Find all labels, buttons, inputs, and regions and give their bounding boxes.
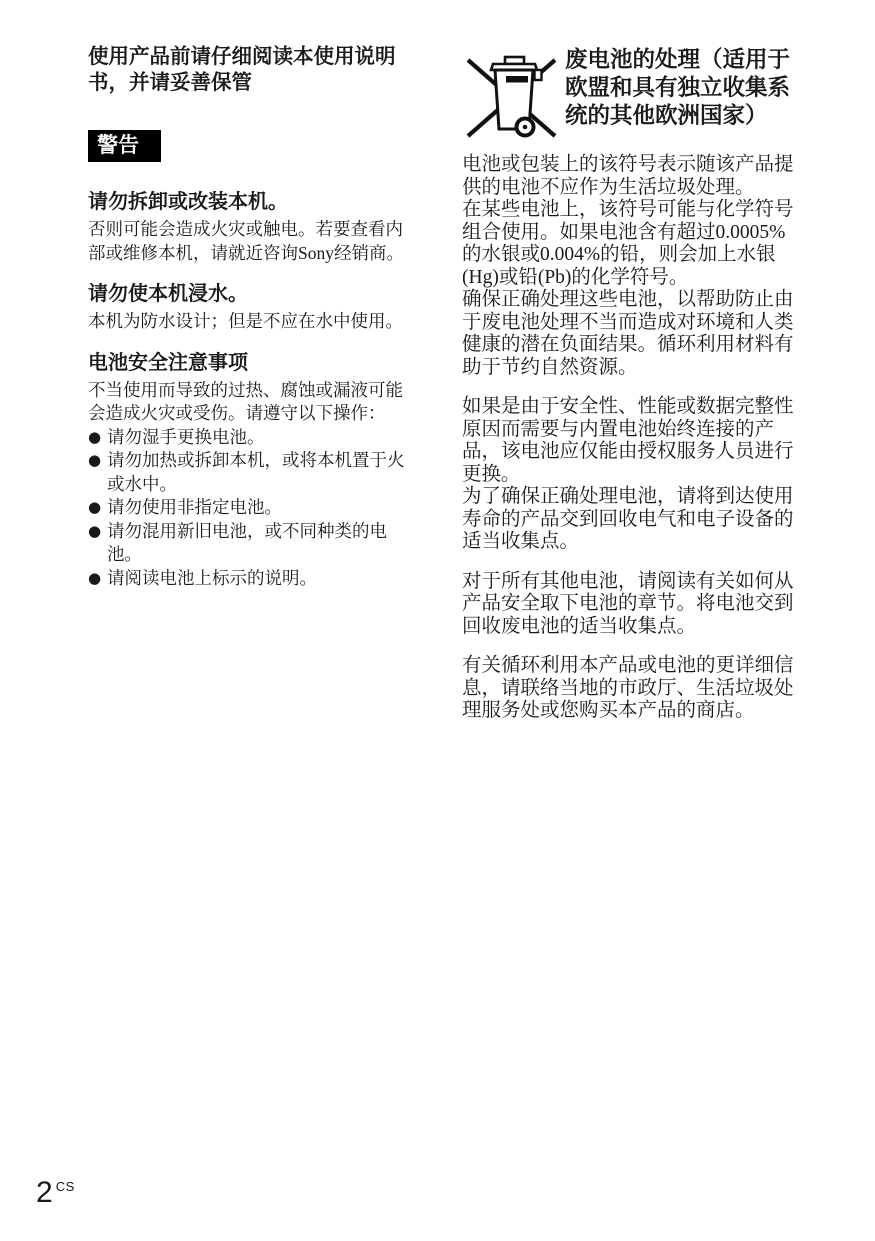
battery-disposal-header: 废电池的处理（适用于欧盟和具有独立收集系统的其他欧洲国家）	[462, 44, 804, 148]
paragraph-line: 电池或包装上的该符号表示随该产品提供的电池不应作为生活垃圾处理。	[462, 154, 804, 199]
warning-banner: 警告	[88, 130, 161, 162]
paragraph: 如果是由于安全性、性能或数据完整性原因而需要与内置电池始终连接的产品，该电池应仅…	[462, 396, 804, 554]
list-item: ● 请勿湿手更换电池。	[88, 426, 408, 450]
manual-page: 使用产品前请仔细阅读本使用说明书，并请妥善保管 警告 请勿拆卸或改装本机。 否则…	[0, 0, 875, 1241]
section-heading: 请勿拆卸或改装本机。	[88, 189, 408, 215]
page-number: 2	[36, 1176, 53, 1209]
list-item: ● 请勿混用新旧电池，或不同种类的电池。	[88, 520, 408, 567]
paragraph-line: 对于所有其他电池，请阅读有关如何从产品安全取下电池的章节。将电池交到回收废电池的…	[462, 571, 804, 639]
paragraph: 对于所有其他电池，请阅读有关如何从产品安全取下电池的章节。将电池交到回收废电池的…	[462, 571, 804, 639]
section-no-water: 请勿使本机浸水。 本机为防水设计；但是不应在水中使用。	[88, 281, 408, 334]
paragraph-line: 为了确保正确处理电池，请将到达使用寿命的产品交到回收电气和电子设备的适当收集点。	[462, 486, 804, 554]
battery-disposal-heading: 废电池的处理（适用于欧盟和具有独立收集系统的其他欧洲国家）	[565, 46, 804, 130]
list-item-text: 请阅读电池上标示的说明。	[107, 567, 408, 591]
bullet-icon: ●	[88, 520, 107, 544]
section-no-disassembly: 请勿拆卸或改装本机。 否则可能会造成火灾或触电。若要查看内部或维修本机，请就近咨…	[88, 189, 408, 265]
list-item: ● 请勿使用非指定电池。	[88, 496, 408, 520]
paragraph-line: 有关循环利用本产品或电池的更详细信息，请联络当地的市政厅、生活垃圾处理服务处或您…	[462, 655, 804, 723]
intro-text: 使用产品前请仔细阅读本使用说明书，并请妥善保管	[88, 44, 408, 96]
page-footer: 2CS	[36, 1178, 75, 1208]
paragraph-line: 如果是由于安全性、性能或数据完整性原因而需要与内置电池始终连接的产品，该电池应仅…	[462, 396, 804, 486]
section-heading: 电池安全注意事项	[88, 350, 408, 376]
warning-banner-label: 警告	[97, 134, 139, 157]
list-item-text: 请勿加热或拆卸本机，或将本机置于火或水中。	[107, 449, 408, 496]
bullet-icon: ●	[88, 449, 107, 473]
list-item: ● 请阅读电池上标示的说明。	[88, 567, 408, 591]
battery-precautions-list: ● 请勿湿手更换电池。 ● 请勿加热或拆卸本机，或将本机置于火或水中。 ● 请勿…	[88, 426, 408, 591]
section-battery-safety: 电池安全注意事项 不当使用而导致的过热、腐蚀或漏液可能会造成火灾或受伤。请遵守以…	[88, 350, 408, 591]
left-column: 使用产品前请仔细阅读本使用说明书，并请妥善保管 警告 请勿拆卸或改装本机。 否则…	[88, 44, 408, 590]
bullet-icon: ●	[88, 496, 107, 520]
bullet-icon: ●	[88, 567, 107, 591]
paragraph: 有关循环利用本产品或电池的更详细信息，请联络当地的市政厅、生活垃圾处理服务处或您…	[462, 655, 804, 723]
list-item-text: 请勿湿手更换电池。	[107, 426, 408, 450]
list-item-text: 请勿混用新旧电池，或不同种类的电池。	[107, 520, 408, 567]
section-body: 不当使用而导致的过热、腐蚀或漏液可能会造成火灾或受伤。请遵守以下操作：	[88, 379, 408, 426]
list-item: ● 请勿加热或拆卸本机，或将本机置于火或水中。	[88, 449, 408, 496]
crossed-out-wheeled-bin-icon	[462, 47, 559, 148]
paragraph: 电池或包装上的该符号表示随该产品提供的电池不应作为生活垃圾处理。 在某些电池上，…	[462, 154, 804, 379]
right-column: 废电池的处理（适用于欧盟和具有独立收集系统的其他欧洲国家） 电池或包装上的该符号…	[462, 44, 804, 723]
section-body: 否则可能会造成火灾或触电。若要查看内部或维修本机，请就近咨询Sony经销商。	[88, 218, 408, 265]
paragraph-line: 在某些电池上，该符号可能与化学符号组合使用。如果电池含有超过0.0005%的水银…	[462, 199, 804, 289]
language-code: CS	[56, 1179, 75, 1194]
bullet-icon: ●	[88, 426, 107, 450]
section-body: 本机为防水设计；但是不应在水中使用。	[88, 310, 408, 334]
paragraph-line: 确保正确处理这些电池，以帮助防止由于废电池处理不当而造成对环境和人类健康的潜在负…	[462, 289, 804, 379]
section-heading: 请勿使本机浸水。	[88, 281, 408, 307]
list-item-text: 请勿使用非指定电池。	[107, 496, 408, 520]
